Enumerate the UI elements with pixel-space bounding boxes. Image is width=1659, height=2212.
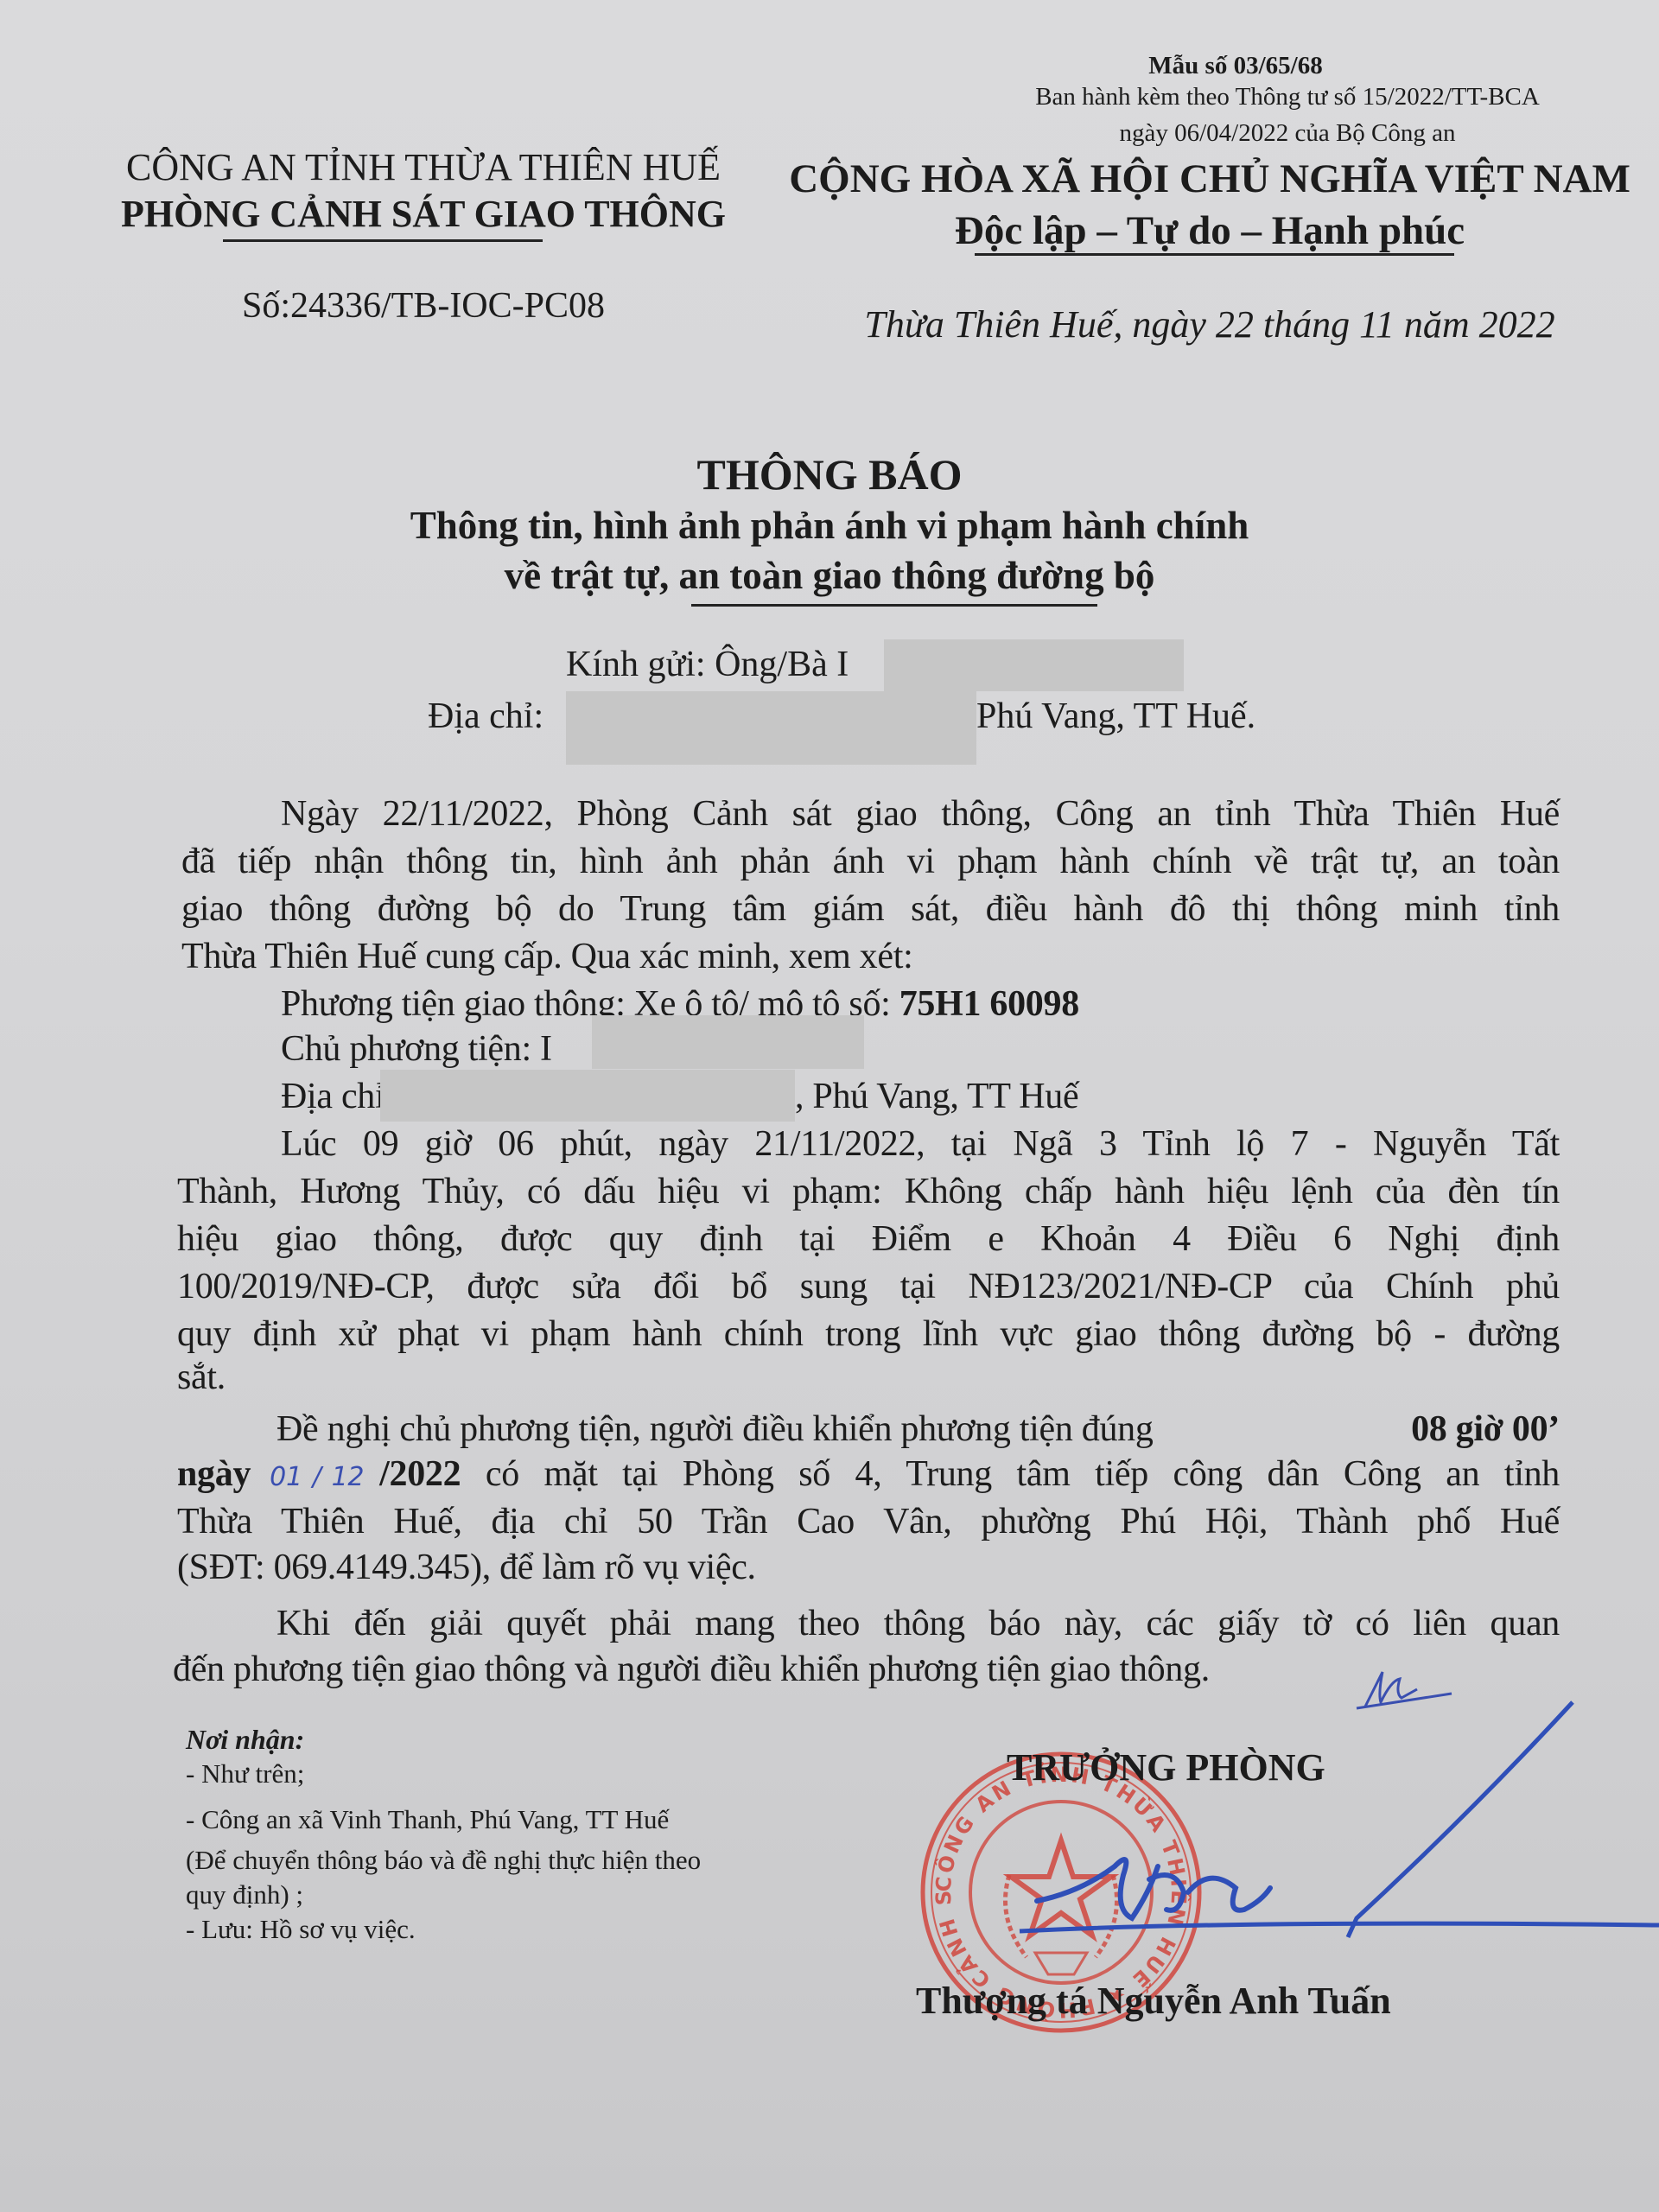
p3-line-4: (SĐT: 069.4149.345), để làm rõ vụ việc.: [177, 1547, 756, 1588]
p2-line-2: Thành, Hương Thủy, có dấu hiệu vi phạm: …: [177, 1171, 1560, 1212]
recipients-heading: Nơi nhận:: [186, 1724, 304, 1756]
redacted-owner-name: [592, 1015, 864, 1069]
p2-line-5: quy định xử phạt vi phạm hành chính tron…: [177, 1313, 1560, 1355]
address-label: Địa chỉ:: [428, 696, 543, 737]
handwritten-month: 12: [332, 1462, 365, 1492]
p3-line-1-text: Đề nghị chủ phương tiện, người điều khiể…: [276, 1408, 1154, 1450]
p2-line-3: hiệu giao thông, được quy định tại Điểm …: [177, 1218, 1560, 1260]
redacted-recipient-name: [884, 639, 1184, 691]
p1-line-4: Thừa Thiên Huế cung cấp. Qua xác minh, x…: [181, 936, 912, 977]
p3-line-2-rest: có mặt tại Phòng số 4, Trung tâm tiếp cô…: [461, 1453, 1560, 1495]
p2-line-6: sắt.: [177, 1357, 226, 1398]
agency-parent: CÔNG AN TỈNH THỪA THIÊN HUẾ: [86, 145, 760, 189]
owner-label: Chủ phương tiện: I: [281, 1028, 552, 1070]
redacted-recipient-address: [566, 691, 976, 765]
recipient-item: (Để chuyển thông báo và đề nghị thực hiệ…: [186, 1845, 701, 1876]
p2-line-4: 100/2019/NĐ-CP, được sửa đổi bổ sung tại…: [177, 1266, 1560, 1307]
issued-with: Ban hành kèm theo Thông tư số 15/2022/TT…: [959, 83, 1616, 111]
appointment-time: 08 giờ 00’: [1411, 1408, 1560, 1450]
p4-line-1: Khi đến giải quyết phải mang theo thông …: [276, 1603, 1560, 1644]
recipient-item: quy định) ;: [186, 1879, 303, 1910]
national-title: CỘNG HÒA XÃ HỘI CHỦ NGHĨA VIỆT NAM: [760, 156, 1659, 202]
owner-address-tail: , Phú Vang, TT Huế: [795, 1076, 1078, 1117]
motto-underline: [975, 253, 1454, 256]
redacted-owner-address: [380, 1070, 795, 1122]
recipient-item: - Như trên;: [186, 1758, 304, 1789]
greeting: Kính gửi: Ông/Bà I: [566, 644, 849, 685]
signature-icon: [985, 1694, 1659, 1970]
issued-date: ngày 06/04/2022 của Bộ Công an: [959, 119, 1616, 148]
p3-line-3: Thừa Thiên Huế, địa chỉ 50 Trần Cao Vân,…: [177, 1501, 1560, 1542]
appointment-day-label: ngày: [177, 1453, 251, 1495]
address-tail: Phú Vang, TT Huế.: [976, 696, 1255, 737]
p4-line-2: đến phương tiện giao thông và người điều…: [173, 1649, 1210, 1690]
recipient-item: - Lưu: Hồ sơ vụ việc.: [186, 1914, 416, 1945]
document-title: THÔNG BÁO: [0, 449, 1659, 499]
p1-line-1: Ngày 22/11/2022, Phòng Cảnh sát giao thô…: [281, 793, 1560, 835]
document-number: Số:24336/TB-IOC-PC08: [86, 285, 760, 327]
place-date: Thừa Thiên Huế, ngày 22 tháng 11 năm 202…: [760, 302, 1659, 346]
date-slash: /: [313, 1462, 321, 1492]
recipient-item: - Công an xã Vinh Thanh, Phú Vang, TT Hu…: [186, 1804, 669, 1835]
p1-line-2: đã tiếp nhận thông tin, hình ảnh phản án…: [181, 841, 1560, 882]
p3-line-1: Đề nghị chủ phương tiện, người điều khiể…: [276, 1408, 1560, 1450]
title-underline: [691, 604, 1097, 607]
signer-name: Thượng tá Nguyễn Anh Tuấn: [916, 1979, 1391, 2023]
form-number: Mẫu số 03/65/68: [1106, 52, 1365, 80]
appointment-year: /2022: [379, 1453, 461, 1495]
p2-line-1: Lúc 09 giờ 06 phút, ngày 21/11/2022, tại…: [281, 1123, 1560, 1165]
agency-underline: [223, 239, 543, 242]
p3-line-2: ngày 01 / 12 /2022 có mặt tại Phòng số 4…: [177, 1453, 1560, 1495]
document-subtitle-2: về trật tự, an toàn giao thông đường bộ: [0, 553, 1659, 598]
p1-line-3: giao thông đường bộ do Trung tâm giám sá…: [181, 888, 1560, 930]
handwritten-day: 01: [270, 1462, 302, 1492]
national-motto: Độc lập – Tự do – Hạnh phúc: [760, 207, 1659, 254]
plate-number: 75H1 60098: [899, 984, 1079, 1024]
agency-name: PHÒNG CẢNH SÁT GIAO THÔNG: [86, 192, 760, 236]
document-subtitle-1: Thông tin, hình ảnh phản ánh vi phạm hàn…: [0, 503, 1659, 548]
